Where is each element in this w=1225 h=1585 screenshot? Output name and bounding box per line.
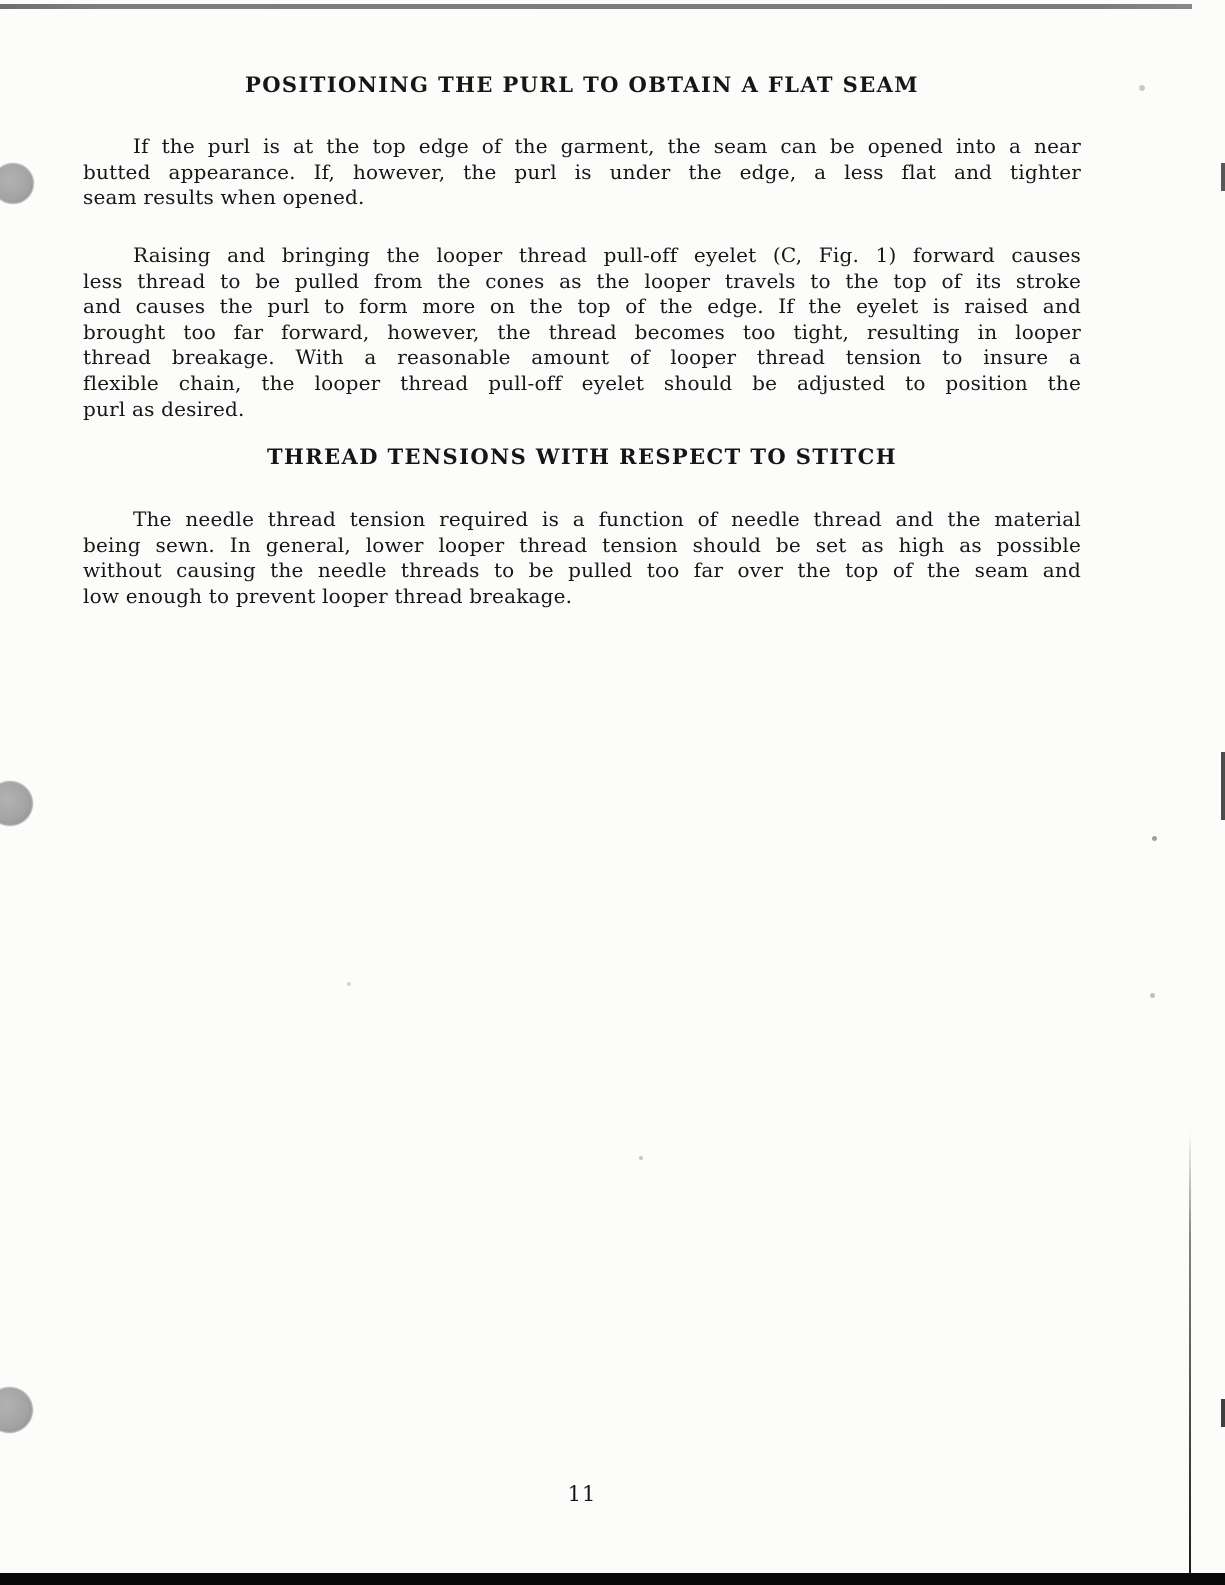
- paragraph-eyelet-adjustment: Raising and bringing the looper thread p…: [83, 243, 1081, 422]
- body-line: Raising and bringing the looper thread p…: [83, 243, 1081, 269]
- punch-hole-middle: [0, 782, 32, 825]
- body-line: less thread to be pulled from the cones …: [83, 269, 1081, 295]
- paragraph-thread-tension: The needle thread tension required is a …: [83, 507, 1081, 609]
- scanned-manual-page: POSITIONING THE PURL TO OBTAIN A FLAT SE…: [0, 0, 1225, 1585]
- scan-smudge-line: [1189, 1130, 1191, 1574]
- right-edge-mark-bottom: [1221, 1399, 1225, 1427]
- body-line: purl as desired.: [83, 397, 1081, 423]
- body-line: The needle thread tension required is a …: [83, 507, 1081, 533]
- scan-speck: [347, 982, 351, 986]
- top-scan-line: [0, 4, 1192, 9]
- scan-speck: [1152, 836, 1157, 841]
- punch-hole-bottom: [0, 1388, 32, 1432]
- page-number: 11: [83, 1482, 1081, 1506]
- scan-speck: [1150, 993, 1155, 998]
- punch-hole-top: [0, 164, 33, 203]
- right-edge-mark-top: [1221, 163, 1225, 191]
- body-line: thread breakage. With a reasonable amoun…: [83, 345, 1081, 371]
- body-line: butted appearance. If, however, the purl…: [83, 160, 1081, 186]
- bottom-scan-bar: [0, 1573, 1225, 1585]
- section-heading-positioning-purl: POSITIONING THE PURL TO OBTAIN A FLAT SE…: [83, 72, 1081, 97]
- body-line: low enough to prevent looper thread brea…: [83, 584, 1081, 610]
- body-line: If the purl is at the top edge of the ga…: [83, 134, 1081, 160]
- body-line: seam results when opened.: [83, 185, 1081, 211]
- right-edge-mark-middle: [1221, 752, 1225, 820]
- body-line: being sewn. In general, lower looper thr…: [83, 533, 1081, 559]
- paragraph-purl-position: If the purl is at the top edge of the ga…: [83, 134, 1081, 211]
- section-heading-thread-tensions: THREAD TENSIONS WITH RESPECT TO STITCH: [83, 444, 1081, 469]
- body-line: brought too far forward, however, the th…: [83, 320, 1081, 346]
- scan-speck: [639, 1156, 643, 1160]
- body-line: without causing the needle threads to be…: [83, 558, 1081, 584]
- scan-speck: [1139, 85, 1145, 91]
- body-line: and causes the purl to form more on the …: [83, 294, 1081, 320]
- body-line: flexible chain, the looper thread pull-o…: [83, 371, 1081, 397]
